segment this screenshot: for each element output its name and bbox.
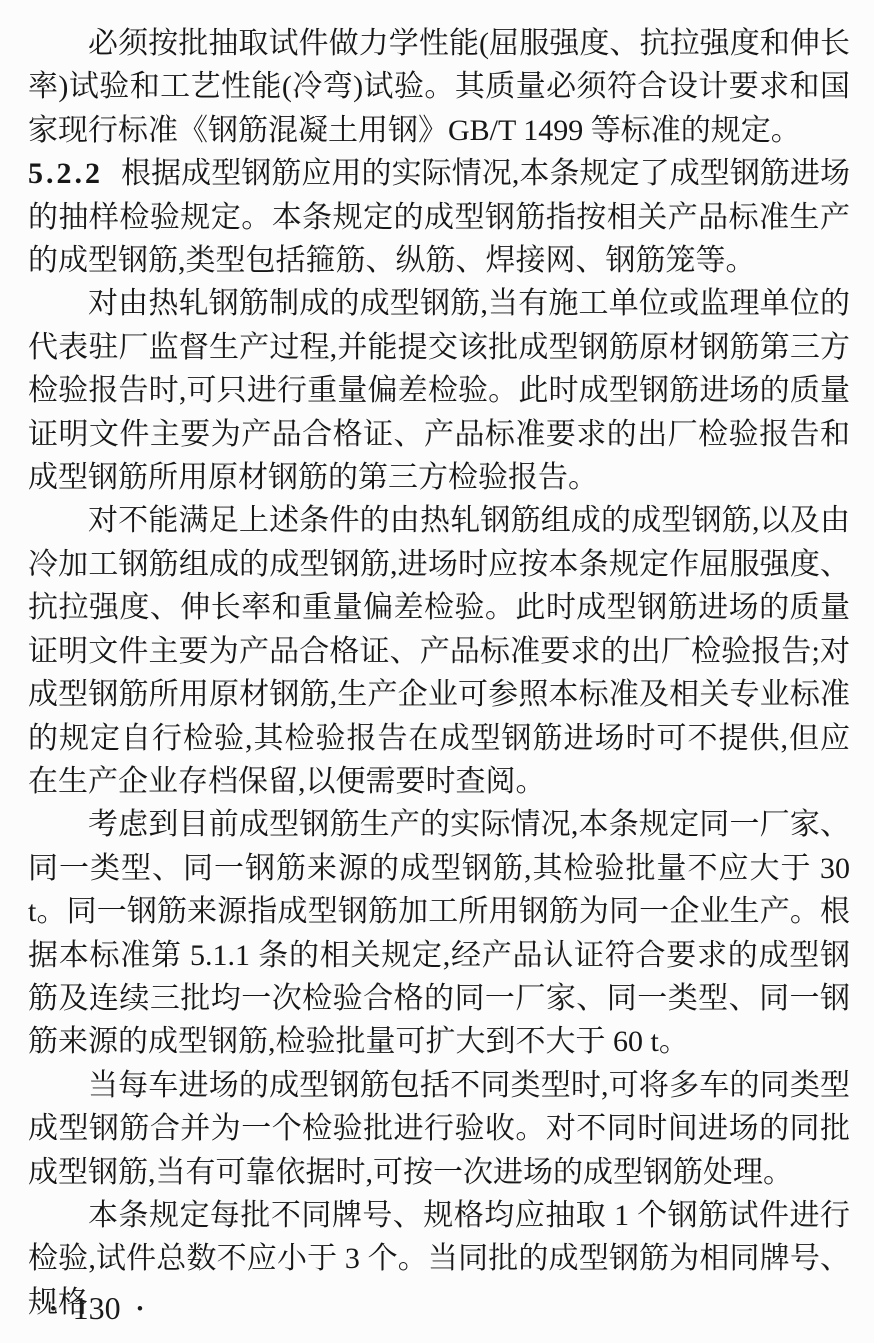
dot-separator-left: •	[50, 1300, 57, 1319]
paragraph-hot-rolled: 对由热轧钢筋制成的成型钢筋,当有施工单位或监理单位的代表驻厂监督生产过程,并能提…	[28, 282, 850, 499]
page-footer: • 130 •	[50, 1290, 143, 1327]
clause-number: 5.2.2	[28, 157, 103, 190]
text-block: 必须按批抽取试件做力学性能(屈服强度、抗拉强度和伸长率)试验和工艺性能(冷弯)试…	[28, 22, 850, 1324]
intro-paragraph: 必须按批抽取试件做力学性能(屈服强度、抗拉强度和伸长率)试验和工艺性能(冷弯)试…	[28, 22, 850, 152]
paragraph-specimen-count: 本条规定每批不同牌号、规格均应抽取 1 个钢筋试件进行检验,试件总数不应小于 3…	[28, 1194, 850, 1324]
clause-paragraph: 5.2.2根据成型钢筋应用的实际情况,本条规定了成型钢筋进场的抽样检验规定。本条…	[28, 152, 850, 282]
paragraph-batch-size: 考虑到目前成型钢筋生产的实际情况,本条规定同一厂家、同一类型、同一钢筋来源的成型…	[28, 803, 850, 1063]
document-page: { "page": { "background_color": "#fcfcfc…	[0, 0, 874, 1343]
paragraph-vehicle-batches: 当每车进场的成型钢筋包括不同类型时,可将多车的同类型成型钢筋合并为一个检验批进行…	[28, 1064, 850, 1194]
paragraph-cold-worked: 对不能满足上述条件的由热轧钢筋组成的成型钢筋,以及由冷加工钢筋组成的成型钢筋,进…	[28, 499, 850, 803]
dot-separator-right: •	[137, 1300, 144, 1319]
clause-text: 根据成型钢筋应用的实际情况,本条规定了成型钢筋进场的抽样检验规定。本条规定的成型…	[28, 157, 850, 277]
page-number: 130	[73, 1290, 121, 1327]
